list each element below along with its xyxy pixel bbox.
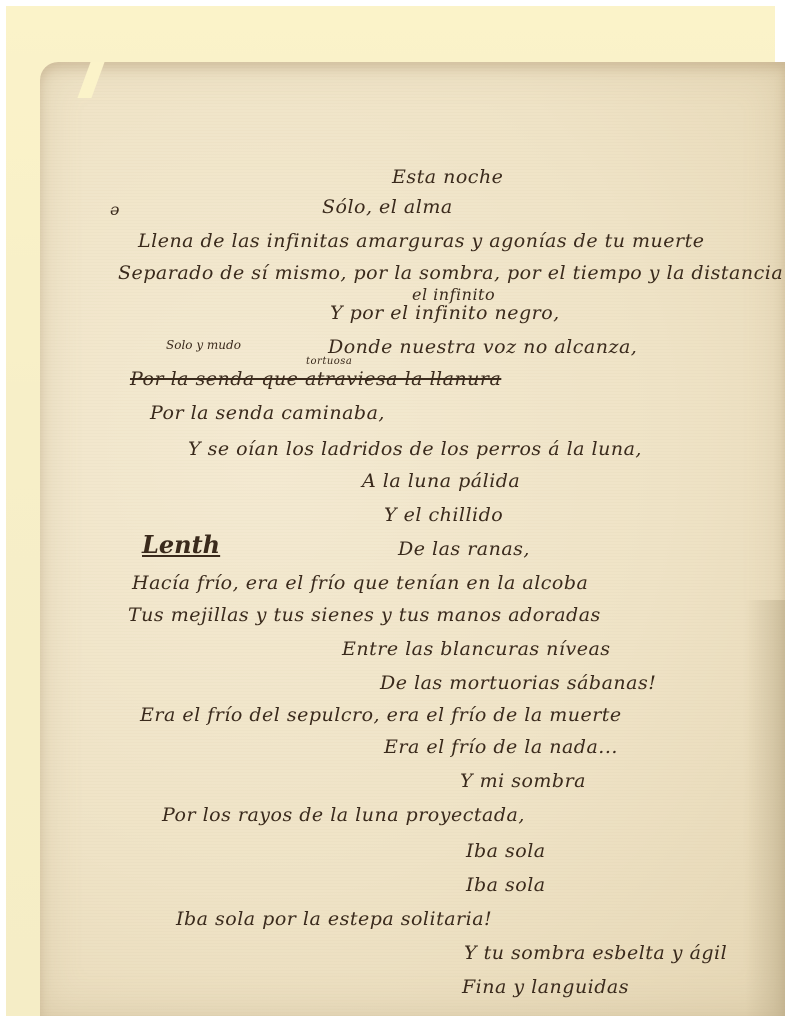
poem-line: Iba sola [466,840,546,862]
poem-line: Era el frío de la nada... [384,736,618,758]
poem-line: Donde nuestra voz no alcanza, [328,336,637,358]
poem-line: Llena de las infinitas amarguras y agoní… [138,230,704,252]
poem-line: Y se oían los ladridos de los perros á l… [188,438,642,460]
margin-note-solo-y-mudo: Solo y mudo [166,338,241,352]
poem-line: Y el chillido [384,504,503,526]
poem-line: Por los rayos de la luna proyectada, [162,804,525,826]
poem-line: Por la senda que atraviesa la llanura [130,368,501,390]
poem-line: De las mortuorias sábanas! [380,672,656,694]
margin-note-lenth: Lenth [142,530,220,559]
interlinear-correction: el infinito [412,285,495,304]
poem-line: Iba sola por la estepa solitaria! [176,908,492,930]
poem-line: A la luna pálida [362,470,520,492]
poem-line: Separado de sí mismo, por la sombra, por… [118,262,783,284]
poem-line: Y tu sombra esbelta y ágil [464,942,727,964]
poem-line: Y por el infinito negro, [330,302,560,324]
interlinear-correction: tortuosa [306,356,352,367]
poem-line: Y mi sombra [460,770,586,792]
poem-line: Era el frío del sepulcro, era el frío de… [140,704,622,726]
poem-line: Esta noche [392,166,503,188]
poem-line: Tus mejillas y tus sienes y tus manos ad… [128,604,601,626]
poem-line: Por la senda caminaba, [150,402,385,424]
poem-line: De las ranas, [398,538,530,560]
poem-line: Hacía frío, era el frío que tenían en la… [132,572,588,594]
poem-line: Entre las blancuras níveas [342,638,611,660]
poem-line: Iba sola [466,874,546,896]
poem-line: Sólo, el alma [322,196,453,218]
paper-stain [745,600,785,1016]
margin-mark: ə [110,200,119,219]
poem-line: Fina y languidas [462,976,629,998]
